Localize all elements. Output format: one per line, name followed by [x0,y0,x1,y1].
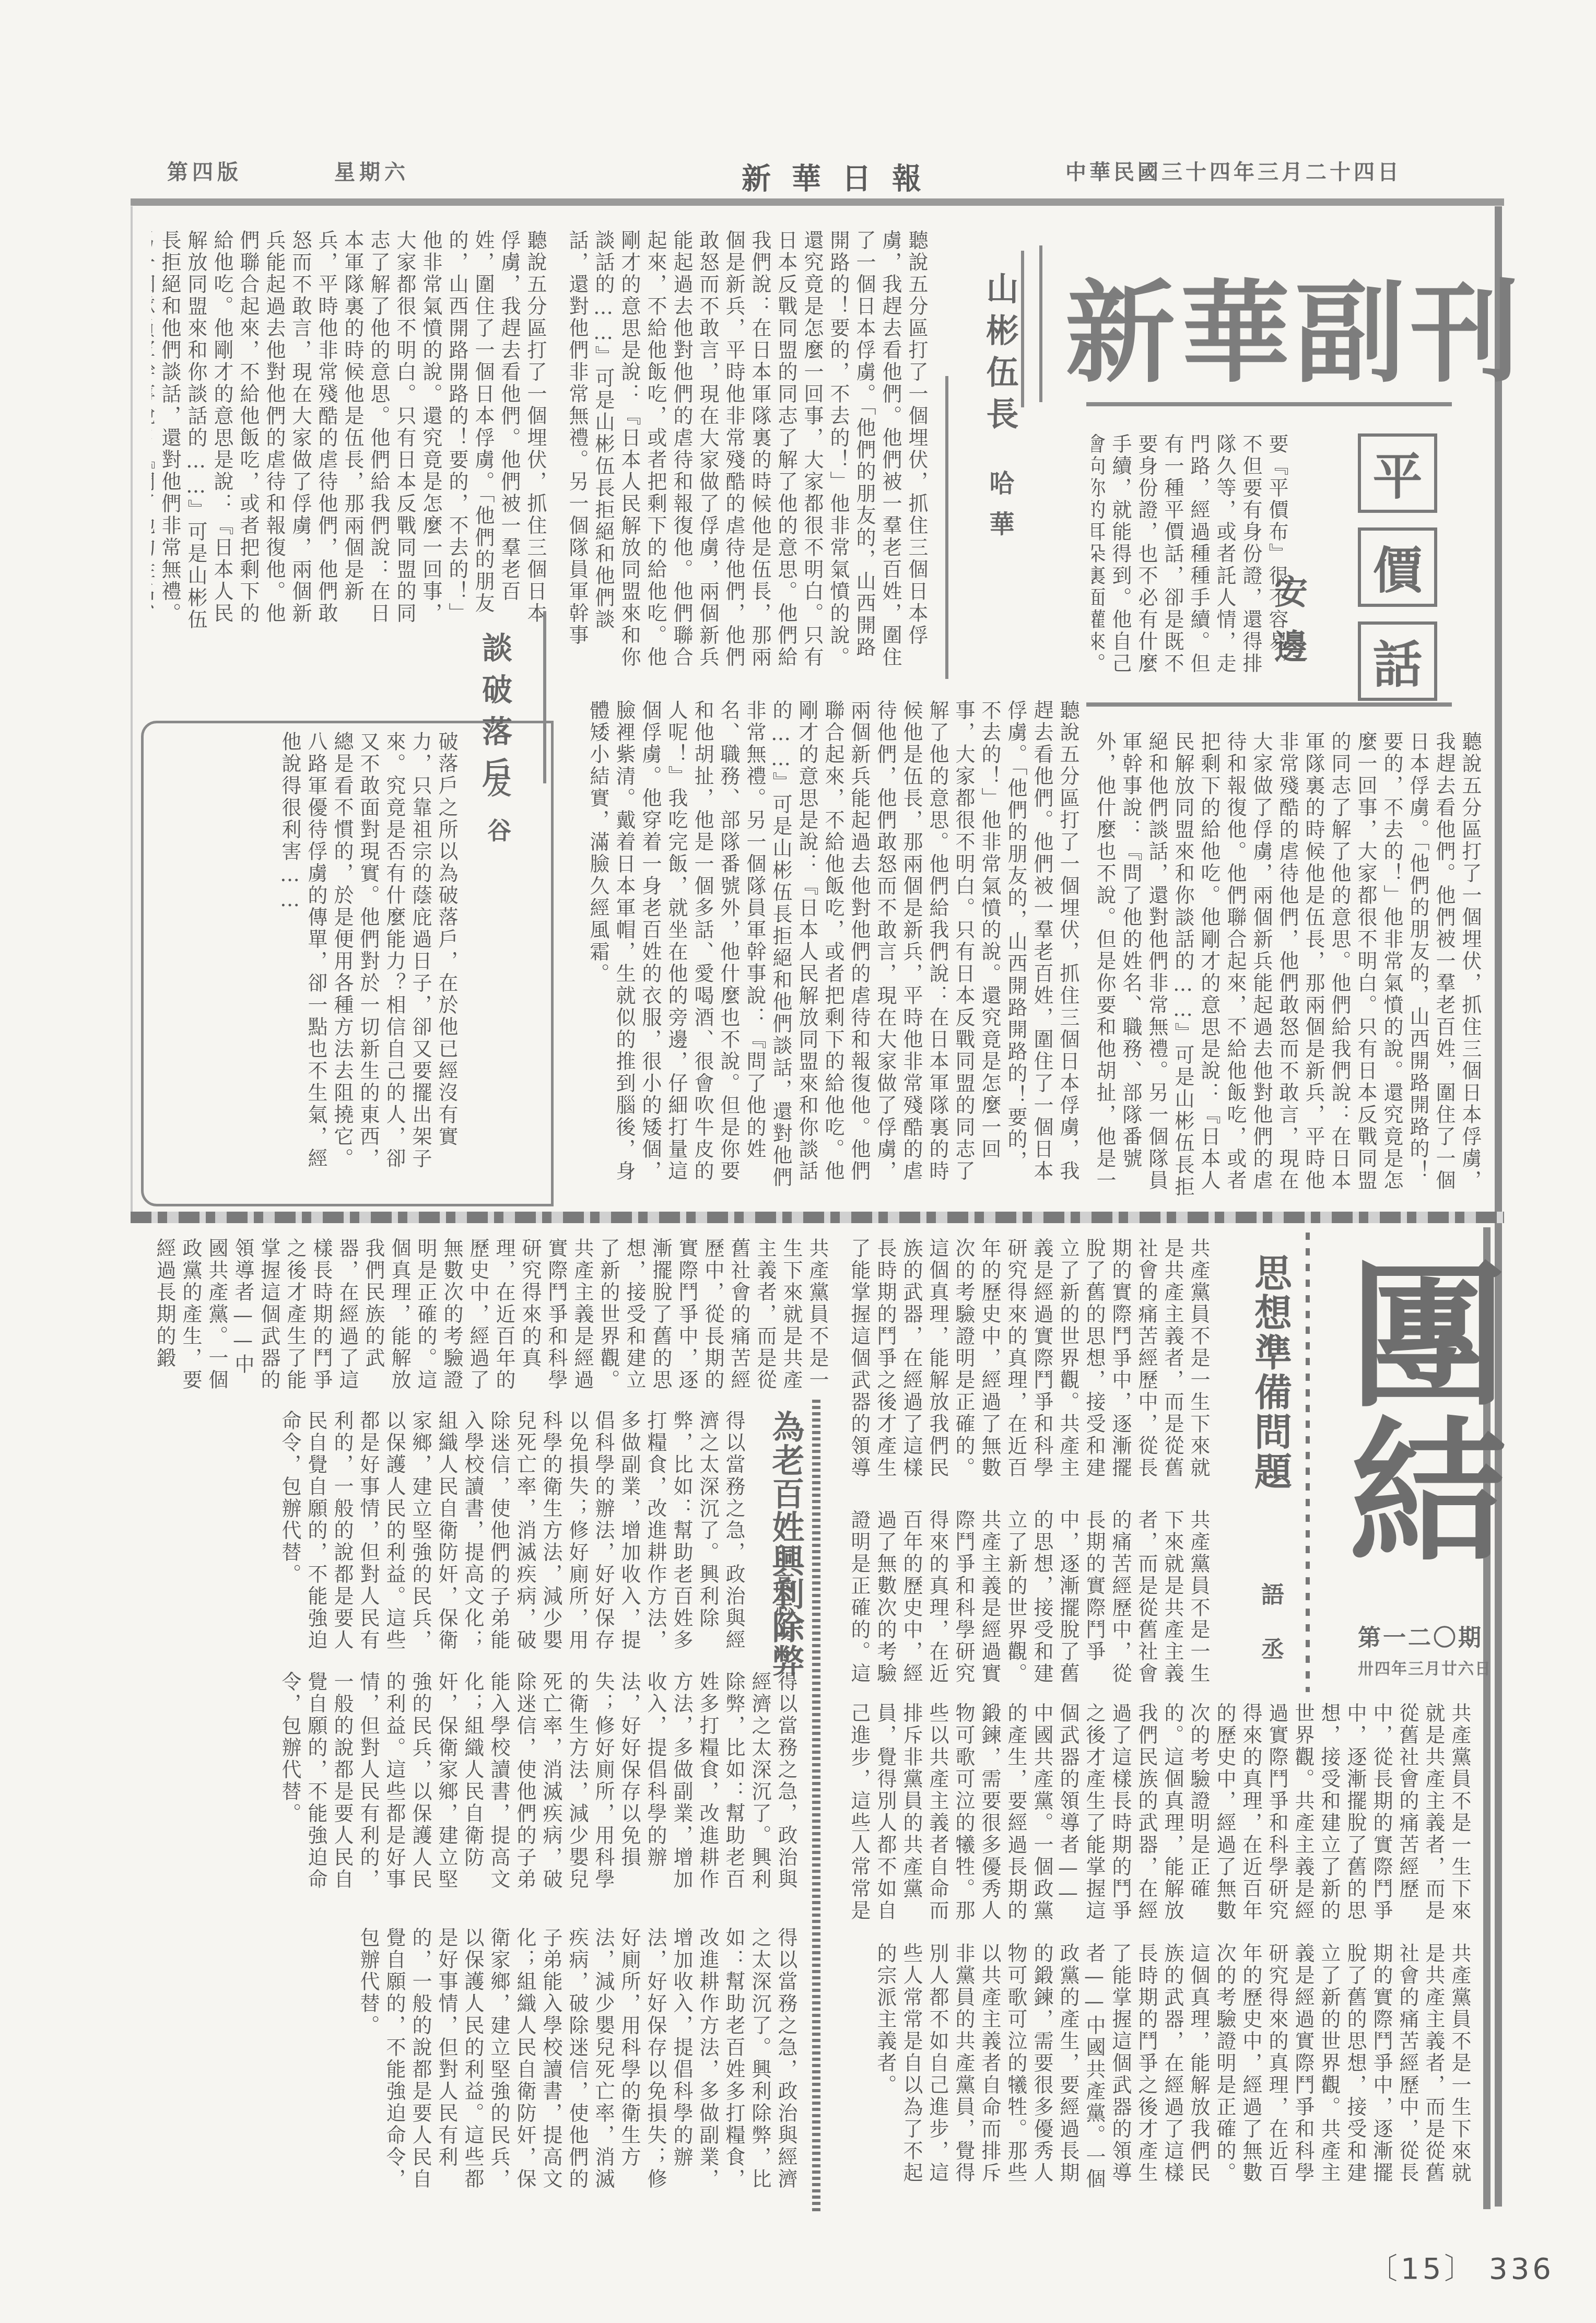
newspaper-header: 第四版 星期六 新華日報 中華民國三十四年三月二十四日 [157,151,1494,188]
title-divider [1039,245,1042,402]
sixiang-body-2: 共產黨員不是一生下來就是共產主義者，而是從舊社會的痛苦經歷中，從長期的實際鬥爭中… [846,1509,1212,1697]
pingjia-body: 要『平價布』很不容易，不但要有身份證，還得排隊久等，或者託人情，走門路，經過種種… [1092,433,1290,695]
pingjia-bottom-border [1086,702,1452,707]
paper-name: 新華日報 [742,156,942,197]
page-number-footer: 〔15〕 336 [1368,2246,1554,2287]
sixiang-body-4: 共產黨員不是一生下來就是共產主義者，而是從舊社會的痛苦經歷中，從長期的實際鬥爭中… [846,1943,1473,2193]
poluohu-author: 友谷 [480,773,515,863]
poluohu-title-rule [543,611,546,783]
frame-border-left [131,206,133,1214]
page-label: 第四版 [167,156,242,185]
weekday-label: 星期六 [334,156,409,185]
supplement-title: 新華副刊 [1065,245,1525,403]
shanbin-title: 山彬伍長 [977,272,1023,439]
shanbin-body-upper: 聽說五分區打了一個埋伏，抓住三個日本俘虜，我趕去看他們。他們被一羣老百姓，圍住了… [564,230,930,668]
tuanjie-dotted-divider [1306,1233,1310,1692]
sixiang-body-3: 共產黨員不是一生下來就是共產主義者，而是從舊社會的痛苦經歷中，從長期的實際鬥爭中… [846,1703,1473,1927]
tuanjie-masthead: 團結 [1337,1253,1494,1567]
xingli-author: 高志山 [768,1572,797,1641]
tuanjie-issue: 第一二〇期 [1358,1619,1483,1652]
xingli-body-1: 得以當務之急，政治與經濟之太深沉了。興利除弊，比如：幫助老百姓多打糧食，改進耕作… [151,1410,747,1656]
pingjia-title-char-2: 價 [1358,527,1437,607]
sixiang-author: 語丞 [1253,1582,1287,1691]
pingjia-top-border [1086,402,1452,406]
issue-date: 中華民國三十四年三月二十四日 [1065,156,1402,185]
header-rule [131,198,1504,206]
archive-page-number: 336 [1489,2252,1554,2286]
shanbin-title-rule [945,376,948,679]
poluohu-body: 破落戶之所以為破落戶，在於他已經沒有實力，只靠祖宗的蔭庇過日子，卻又要擺出架子來… [157,731,460,1191]
xingli-wavy-divider [812,1400,820,2214]
xingli-body-2: 得以當務之急，政治與經濟之太深沉了。興利除弊，比如：幫助老百姓多打糧食，改進耕作… [151,1671,799,1911]
shanbin-author: 哈華 [982,470,1018,552]
sixiang-body-continued: 共產黨員不是一生下來就是共產主義者，而是從舊社會的痛苦經歷中，從長期的實際鬥爭中… [151,1238,830,1394]
archive-page-bracket: 〔15〕 [1368,2252,1476,2286]
pingjia-title-char-3: 話 [1358,621,1437,701]
sixiang-title: 思想準備問題 [1243,1253,1297,1492]
shanbin-body-middle-lower: 聽說五分區打了一個埋伏，抓住三個日本俘虜，我趕去看他們。他們被一羣老百姓，圍住了… [564,700,1081,1191]
section-divider [131,1212,1504,1223]
shanbin-body-right-lower: 聽說五分區打了一個埋伏，抓住三個日本俘虜，我趕去看他們。他們被一羣老百姓，圍住了… [1097,731,1483,1201]
pingjia-title-char-1: 平 [1358,433,1437,513]
tuanjie-issue-date: 卅四年三月廿六日 [1358,1656,1492,1679]
sixiang-body-1: 共產黨員不是一生下來就是共產主義者，而是從舊社會的痛苦經歷中，從長期的實際鬥爭中… [846,1238,1212,1499]
frame-border-right [1495,206,1502,2207]
xingli-body-3: 得以當務之急，政治與經濟之太深沉了。興利除弊，比如：幫助老百姓多打糧食，改進耕作… [151,1927,799,2199]
shanbin-body-left: 聽說五分區打了一個埋伏，抓住三個日本俘虜，我趕去看他們。他們被一羣老百姓，圍住了… [151,230,548,637]
